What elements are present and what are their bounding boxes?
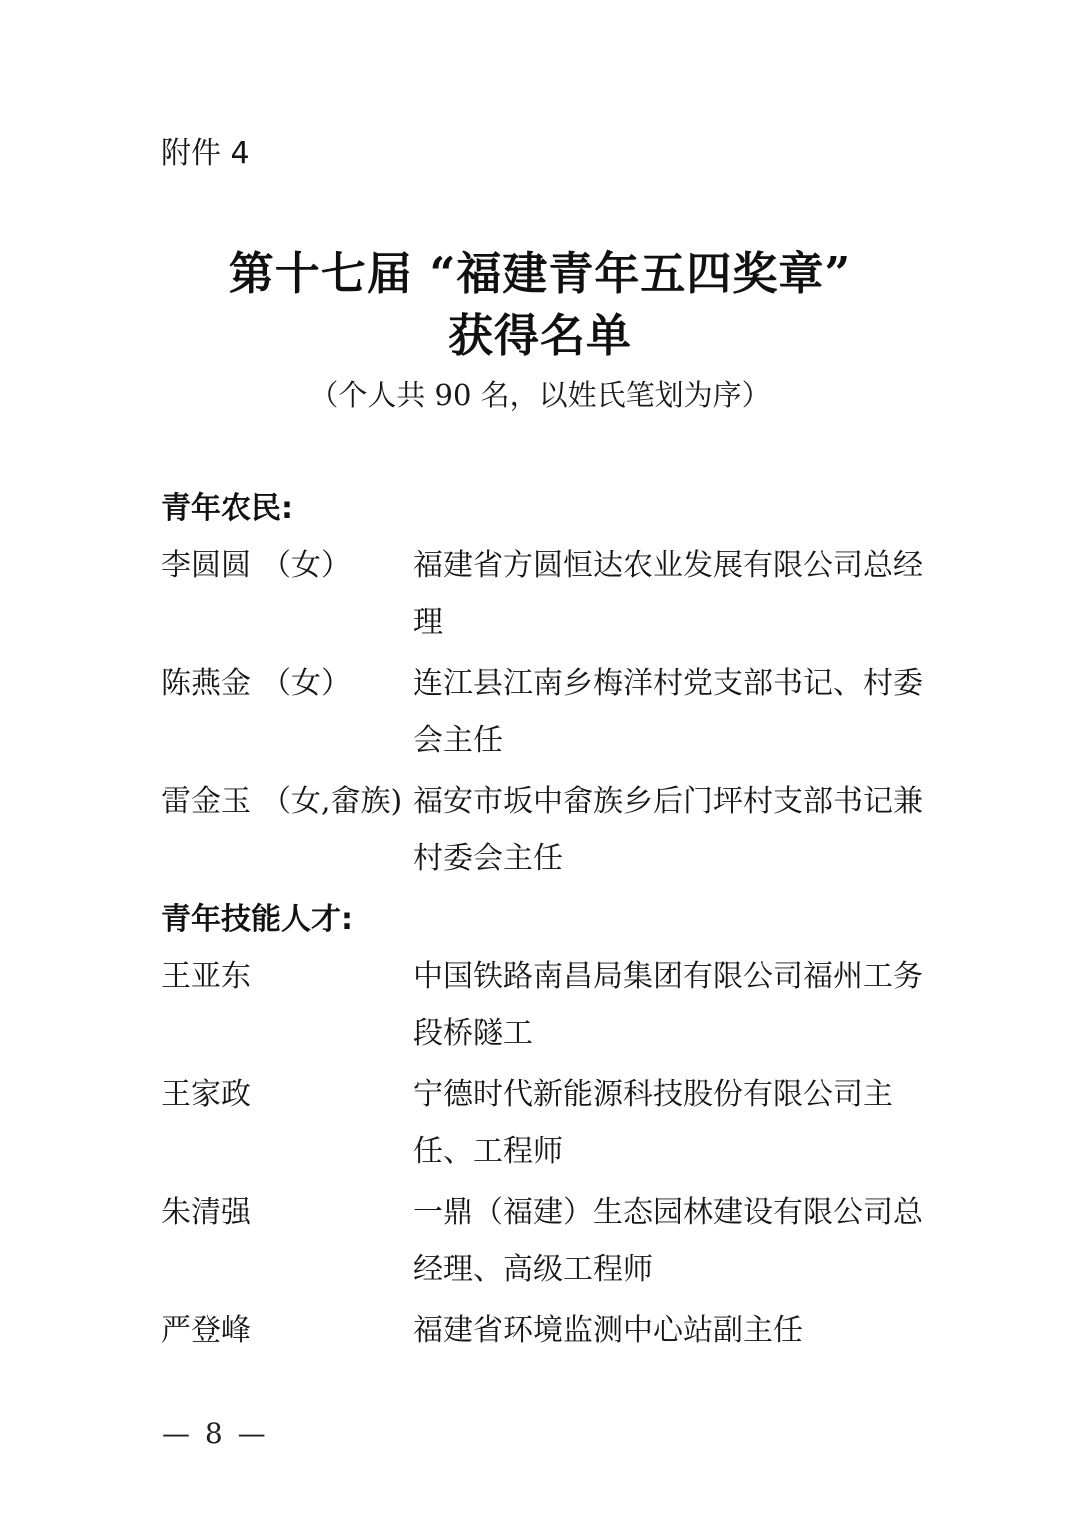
document-title: 第十七届 “福建青年五四奖章” 获得名单 [0, 243, 1080, 367]
recipient-row: 李圆圆（女）福建省方圆恒达农业发展有限公司总经理 [161, 537, 936, 651]
recipient-name: 王家政 [161, 1066, 251, 1123]
recipient-row: 陈燕金（女）连江县江南乡梅洋村党支部书记、村委会主任 [161, 655, 936, 769]
recipient-name-cell: 李圆圆（女） [161, 537, 413, 594]
recipient-note: （女,畲族) [261, 773, 402, 830]
section-heading: 青年农民: [161, 480, 936, 537]
attachment-label: 附件 4 [161, 136, 250, 172]
recipient-row: 王家政宁德时代新能源科技股份有限公司主任、工程师 [161, 1066, 936, 1180]
recipient-name: 王亚东 [161, 948, 251, 1005]
recipient-note: （女） [261, 655, 351, 712]
recipient-row: 雷金玉（女,畲族)福安市坂中畲族乡后门坪村支部书记兼村委会主任 [161, 773, 936, 887]
recipient-note: （女） [261, 537, 351, 594]
document-title-line1: 第十七届 “福建青年五四奖章” [0, 243, 1080, 305]
recipient-sections: 青年农民:李圆圆（女）福建省方圆恒达农业发展有限公司总经理陈燕金（女）连江县江南… [161, 480, 936, 1363]
recipient-row: 朱清强一鼎（福建）生态园林建设有限公司总经理、高级工程师 [161, 1184, 936, 1298]
recipient-row: 王亚东中国铁路南昌局集团有限公司福州工务段桥隧工 [161, 948, 936, 1062]
recipient-description: 中国铁路南昌局集团有限公司福州工务段桥隧工 [413, 948, 930, 1062]
recipient-name: 雷金玉 [161, 773, 251, 830]
recipient-name: 李圆圆 [161, 537, 251, 594]
recipient-description: 福建省方圆恒达农业发展有限公司总经理 [413, 537, 930, 651]
recipient-row: 严登峰福建省环境监测中心站副主任 [161, 1302, 936, 1359]
recipient-name-cell: 严登峰 [161, 1302, 413, 1359]
recipient-description: 福建省环境监测中心站副主任 [413, 1302, 930, 1359]
recipient-description: 福安市坂中畲族乡后门坪村支部书记兼村委会主任 [413, 773, 930, 887]
recipient-name: 朱清强 [161, 1184, 251, 1241]
document-page: 附件 4 第十七届 “福建青年五四奖章” 获得名单 （个人共 90 名，以姓氏笔… [0, 0, 1080, 1527]
recipient-name-cell: 陈燕金（女） [161, 655, 413, 712]
recipient-description: 连江县江南乡梅洋村党支部书记、村委会主任 [413, 655, 930, 769]
recipient-name: 陈燕金 [161, 655, 251, 712]
recipient-name-cell: 王家政 [161, 1066, 413, 1123]
recipient-name: 严登峰 [161, 1302, 251, 1359]
recipient-description: 宁德时代新能源科技股份有限公司主任、工程师 [413, 1066, 930, 1180]
document-title-line2: 获得名单 [0, 305, 1080, 367]
recipient-name-cell: 雷金玉（女,畲族) [161, 773, 413, 830]
page-number: — 8 — [162, 1416, 269, 1452]
recipient-name-cell: 朱清强 [161, 1184, 413, 1241]
recipient-description: 一鼎（福建）生态园林建设有限公司总经理、高级工程师 [413, 1184, 930, 1298]
document-subtitle: （个人共 90 名，以姓氏笔划为序） [0, 376, 1080, 414]
recipient-name-cell: 王亚东 [161, 948, 413, 1005]
section-heading: 青年技能人才: [161, 891, 936, 948]
